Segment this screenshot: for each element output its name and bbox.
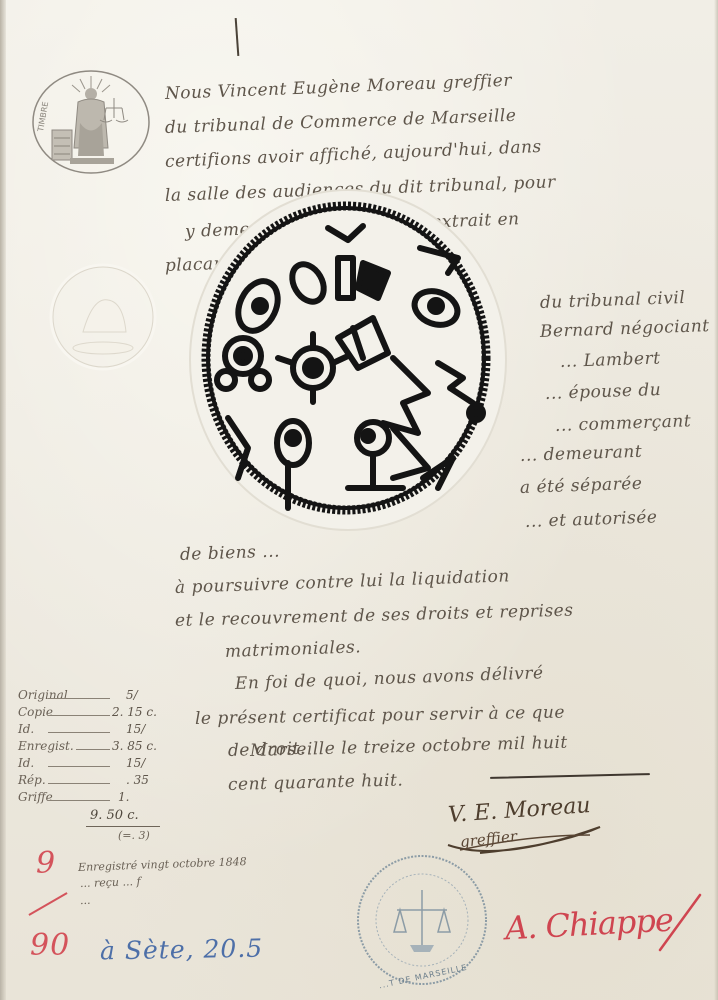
body-line: du tribunal de Commerce de Marseille bbox=[165, 106, 517, 138]
scan-right-edge bbox=[714, 0, 718, 1000]
body-line: Marseille le treize octobre mil huit bbox=[250, 733, 568, 761]
body-line: ... et autorisée bbox=[525, 507, 658, 532]
tax-stamp-icon: TIMBRE bbox=[30, 68, 152, 176]
body-line: ... commerçant bbox=[555, 411, 692, 436]
body-line: le présent certificat pour servir à ce q… bbox=[195, 703, 565, 729]
red-annotation-denominator: 90 bbox=[30, 928, 70, 963]
artwork-stamp-icon bbox=[188, 188, 508, 533]
document-page: TIMBRE Nous Vincent Eugène Moreau greffi… bbox=[0, 0, 718, 1000]
red-annotation-divider bbox=[28, 892, 67, 916]
fee-total-rule bbox=[86, 826, 160, 827]
official-stamp-icon bbox=[352, 850, 492, 990]
fee-list: Original 5/ Copie 2. 15 c. Id. 15/ Enreg… bbox=[18, 688, 218, 807]
closing-rule bbox=[490, 773, 650, 779]
signature-stroke-icon bbox=[655, 890, 705, 960]
body-line: certifions avoir affiché, aujourd'hui, d… bbox=[165, 137, 543, 172]
body-line: En foi de quoi, nous avons délivré bbox=[235, 663, 544, 694]
fee-row: Original 5/ bbox=[18, 688, 218, 705]
fee-row: Rép. . 35 bbox=[18, 773, 218, 790]
body-line: ... demeurant bbox=[520, 442, 643, 466]
body-line: ... Lambert bbox=[560, 348, 661, 371]
body-line: Bernard négociant bbox=[540, 316, 710, 342]
body-line: du tribunal civil bbox=[540, 288, 686, 313]
body-line: Nous Vincent Eugène Moreau greffier bbox=[165, 71, 513, 104]
body-line: à poursuivre contre lui la liquidation bbox=[175, 566, 510, 598]
embossed-seal-icon bbox=[48, 262, 158, 372]
blue-annotation: à Sète, 20.5 bbox=[100, 934, 264, 966]
body-line: a été séparée bbox=[520, 474, 643, 498]
body-line: ... épouse du bbox=[545, 380, 662, 404]
fee-row: Enregist. 3. 85 c. bbox=[18, 739, 218, 756]
body-line: cent quarante huit. bbox=[228, 770, 404, 795]
scan-left-edge bbox=[0, 0, 6, 1000]
artist-signature: A. Chiappe bbox=[504, 901, 674, 948]
svg-text:TIMBRE: TIMBRE bbox=[36, 101, 50, 133]
red-annotation-numerator: 9 bbox=[36, 846, 55, 881]
fee-row: Id. 15/ bbox=[18, 722, 218, 739]
fee-row: Griffe 1. bbox=[18, 790, 218, 807]
registration-line: ... bbox=[80, 894, 91, 907]
registration-line: ... reçu ... f bbox=[80, 875, 141, 890]
registration-line: Enregistré vingt octobre 1848 bbox=[78, 855, 247, 874]
body-line: et le recouvrement de ses droits et repr… bbox=[175, 601, 574, 631]
fee-total: 9. 50 c. bbox=[90, 808, 139, 823]
body-line: de biens ... bbox=[180, 542, 281, 565]
fee-subtotal: (=. 3) bbox=[118, 829, 150, 842]
signature-flourish-icon bbox=[440, 815, 610, 860]
page-number-mark bbox=[235, 18, 240, 56]
fee-row: Id. 15/ bbox=[18, 756, 218, 773]
body-line: matrimoniales. bbox=[225, 637, 362, 662]
fee-row: Copie 2. 15 c. bbox=[18, 705, 218, 722]
